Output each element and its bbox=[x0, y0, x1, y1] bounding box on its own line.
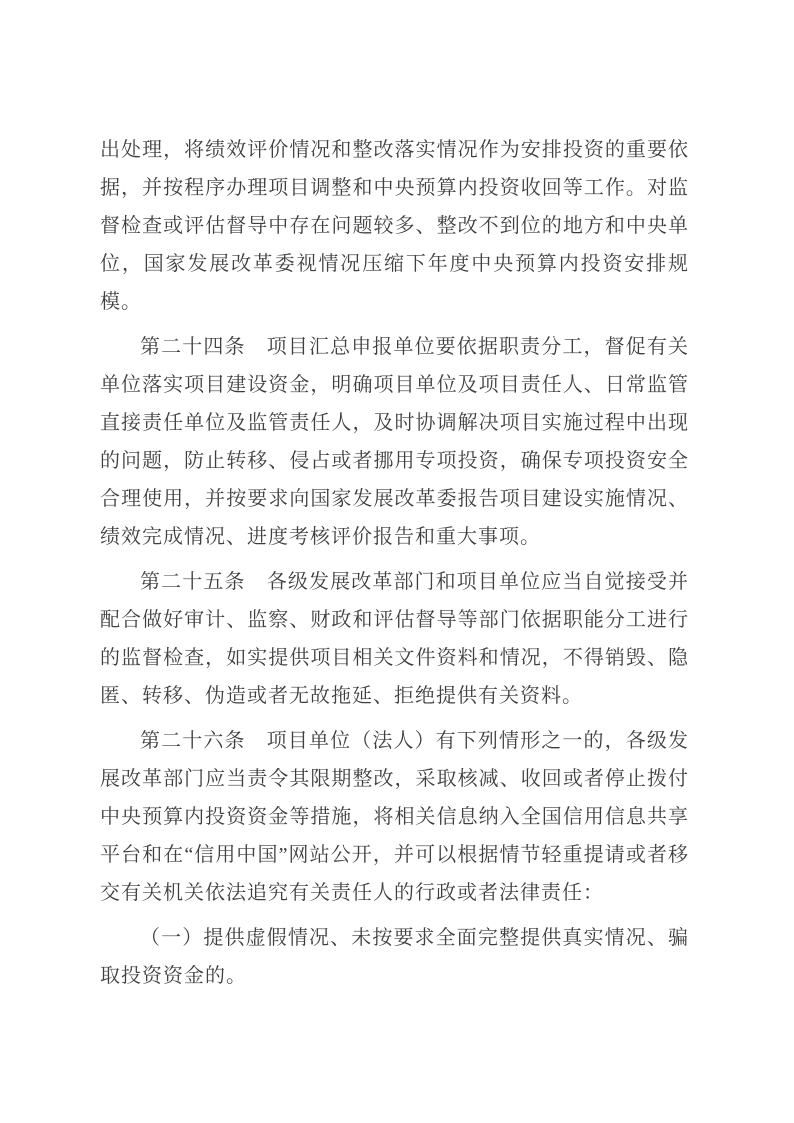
paragraph-article-25: 第二十五条 各级发展改革部门和项目单位应当自觉接受并配合做好审计、监察、财政和评… bbox=[100, 563, 689, 715]
paragraph-continuation: 出处理，将绩效评价情况和整改落实情况作为安排投资的重要依据，并按程序办理项目调整… bbox=[100, 131, 689, 321]
paragraph-article-24: 第二十四条 项目汇总申报单位要依据职责分工，督促有关单位落实项目建设资金，明确项… bbox=[100, 328, 689, 556]
document-page: 出处理，将绩效评价情况和整改落实情况作为安排投资的重要依据，并按程序办理项目调整… bbox=[0, 0, 794, 1123]
paragraph-article-26: 第二十六条 项目单位（法人）有下列情形之一的，各级发展改革部门应当责令其限期整改… bbox=[100, 722, 689, 912]
document-body: 出处理，将绩效评价情况和整改落实情况作为安排投资的重要依据，并按程序办理项目调整… bbox=[100, 131, 689, 995]
paragraph-item-1: （一）提供虚假情况、未按要求全面完整提供真实情况、骗取投资资金的。 bbox=[100, 919, 689, 995]
